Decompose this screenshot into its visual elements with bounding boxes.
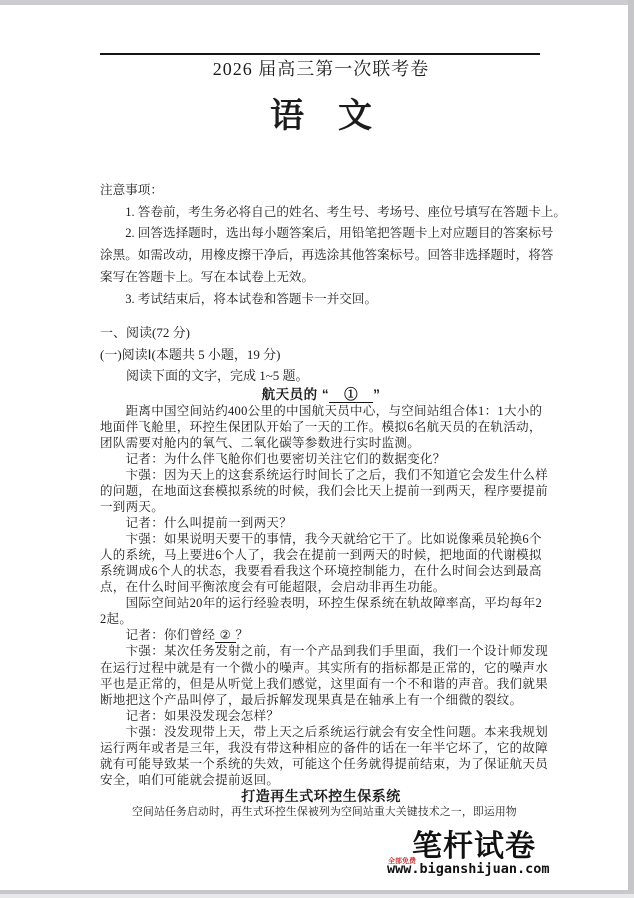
reading-passage: 航天员的 “ ① ” 距离中国空间站约400公里的中国航天员中心，与空间站组合体… bbox=[100, 387, 542, 820]
section-heading-line: (一)阅读Ⅰ(本题共 5 小题，19 分) bbox=[100, 344, 542, 366]
viewer-background: { "header": { "exam_title": "2026 届高三第一次… bbox=[0, 0, 634, 898]
passage-line: 距离中国空间站约400公里的中国航天员中心，与空间站组合体1：1大小的 bbox=[100, 403, 542, 419]
passage-line: 国际空间站20年的运行经验表明，环控生保系统在轨故障率高，平均每年2 bbox=[100, 595, 542, 611]
passage-line: 卞强：因为天上的这套系统运行时间长了之后，我们不知道它会发生什么样 bbox=[100, 467, 542, 483]
header-rule bbox=[100, 53, 540, 55]
exam-paper-page: 2026 届高三第一次联考卷 语 文 注意事项： 1. 答卷前，考生务必将自己的… bbox=[0, 5, 628, 892]
passage-line: 打造再生式环控生保系统 bbox=[100, 788, 542, 804]
subject-title: 语 文 bbox=[100, 94, 542, 138]
passage-line: 航天员的 “ ① ” bbox=[100, 387, 542, 403]
passage-line: 人的系统，马上要进6个人了，我会在提前一到两天的时候，把地面的代谢模拟 bbox=[100, 547, 542, 563]
page-edge-right bbox=[628, 0, 634, 898]
passage-line: 的问题，在地面这套模拟系统的时候，我们会比天上提前一到两天，程序要提前 bbox=[100, 483, 542, 499]
exam-title: 2026 届高三第一次联考卷 bbox=[100, 57, 542, 81]
passage-line: 空间站任务启动时，再生式环控生保被列为空间站重大关键技术之一，即运用物 bbox=[100, 804, 542, 820]
passage-line: 平也是正常的，但是从听觉上我们感觉，这里面有一个不和谐的声音。我们就果 bbox=[100, 676, 542, 692]
watermark: 全部免费 笔杆试卷 www.biganshijuan.com bbox=[387, 831, 557, 877]
notice-lines: 1. 答卷前，考生务必将自己的姓名、考生号、考场号、座位号填写在答题卡上。 2.… bbox=[100, 202, 542, 311]
passage-line: 在运行过程中就是有一个微小的噪声。其实所有的指标都是正常的，它的噪声水 bbox=[100, 660, 542, 676]
notice-line: 1. 答卷前，考生务必将自己的姓名、考生号、考场号、座位号填写在答题卡上。 bbox=[100, 202, 542, 224]
passage-line: 一到两天。 bbox=[100, 499, 542, 515]
passage-line: 安全，咱们可能就会提前返回。 bbox=[100, 772, 542, 788]
passage-line: 运行两年或者是三年，我没有带这种相应的备件的话在一年半它坏了，它的故障 bbox=[100, 740, 542, 756]
notice-line: 2. 回答选择题时，选出每小题答案后，用铅笔把答题卡上对应题目的答案标号 bbox=[100, 223, 542, 245]
section-headings: 一、阅读(72 分)(一)阅读Ⅰ(本题共 5 小题，19 分) 阅读下面的文字，… bbox=[100, 322, 542, 387]
notice-line: 涂黑。如需改动，用橡皮擦干净后，再选涂其他答案标号。回答非选择题时，将答 bbox=[100, 245, 542, 267]
passage-line: 卞强：如果说明天要干的事情，我今天就给它干了。比如说像乘员轮换6个 bbox=[100, 531, 542, 547]
notice-heading: 注意事项： bbox=[100, 180, 542, 202]
passage-line: 地面伴飞舱里，环控生保团队开始了一天的工作。模拟6名航天员的在轨活动， bbox=[100, 419, 542, 435]
passage-line: 2起。 bbox=[100, 611, 542, 627]
notice-line: 3. 考试结束后，将本试卷和答题卡一并交回。 bbox=[100, 289, 542, 311]
passage-line: 记者：你们曾经 ② ？ bbox=[100, 627, 542, 643]
passage-line: 就有可能导致某一个系统的失效，可能这个任务就得提前结束，为了保证航天员 bbox=[100, 756, 542, 772]
passage-line: 系统调成6个人的状态，我要看看我这个环境控制能力，在什么时间会达到最高 bbox=[100, 563, 542, 579]
passage-line: 团队需要对舱内的氧气、二氧化碳等参数进行实时监测。 bbox=[100, 435, 542, 451]
passage-line: 记者：如果没发现会怎样？ bbox=[100, 708, 542, 724]
passage-line: 记者：为什么伴飞舱你们也要密切关注它们的数据变化？ bbox=[100, 451, 542, 467]
page-edge-bottom-light bbox=[0, 894, 634, 898]
passage-line: 记者：什么叫提前一到两天？ bbox=[100, 515, 542, 531]
watermark-free-label: 全部免费 bbox=[388, 856, 416, 866]
notice-section: 注意事项： 1. 答卷前，考生务必将自己的姓名、考生号、考场号、座位号填写在答题… bbox=[100, 180, 542, 310]
passage-line: 卞强：某次任务发射之前，有一个产品到我们手里面，我们一个设计师发现 bbox=[100, 643, 542, 659]
section-heading-line: 一、阅读(72 分) bbox=[100, 322, 542, 344]
notice-line: 案写在答题卡上。写在本试卷上无效。 bbox=[100, 267, 542, 289]
passage-line: 断地把这个产品叫停了，最后拆解发现果真是在轴承上有一个细微的裂纹。 bbox=[100, 692, 542, 708]
passage-line: 点，在什么时间平衡浓度会有可能超限，会启动非再生功能。 bbox=[100, 579, 542, 595]
section-heading-line: 阅读下面的文字，完成 1~5 题。 bbox=[100, 365, 542, 387]
passage-line: 卞强：没发现带上天，带上天之后系统运行就会有安全性问题。本来我规划 bbox=[100, 724, 542, 740]
watermark-brand: 笔杆试卷 bbox=[412, 831, 557, 863]
page-content: 2026 届高三第一次联考卷 语 文 注意事项： 1. 答卷前，考生务必将自己的… bbox=[100, 5, 542, 820]
page-edge-top bbox=[0, 0, 634, 5]
